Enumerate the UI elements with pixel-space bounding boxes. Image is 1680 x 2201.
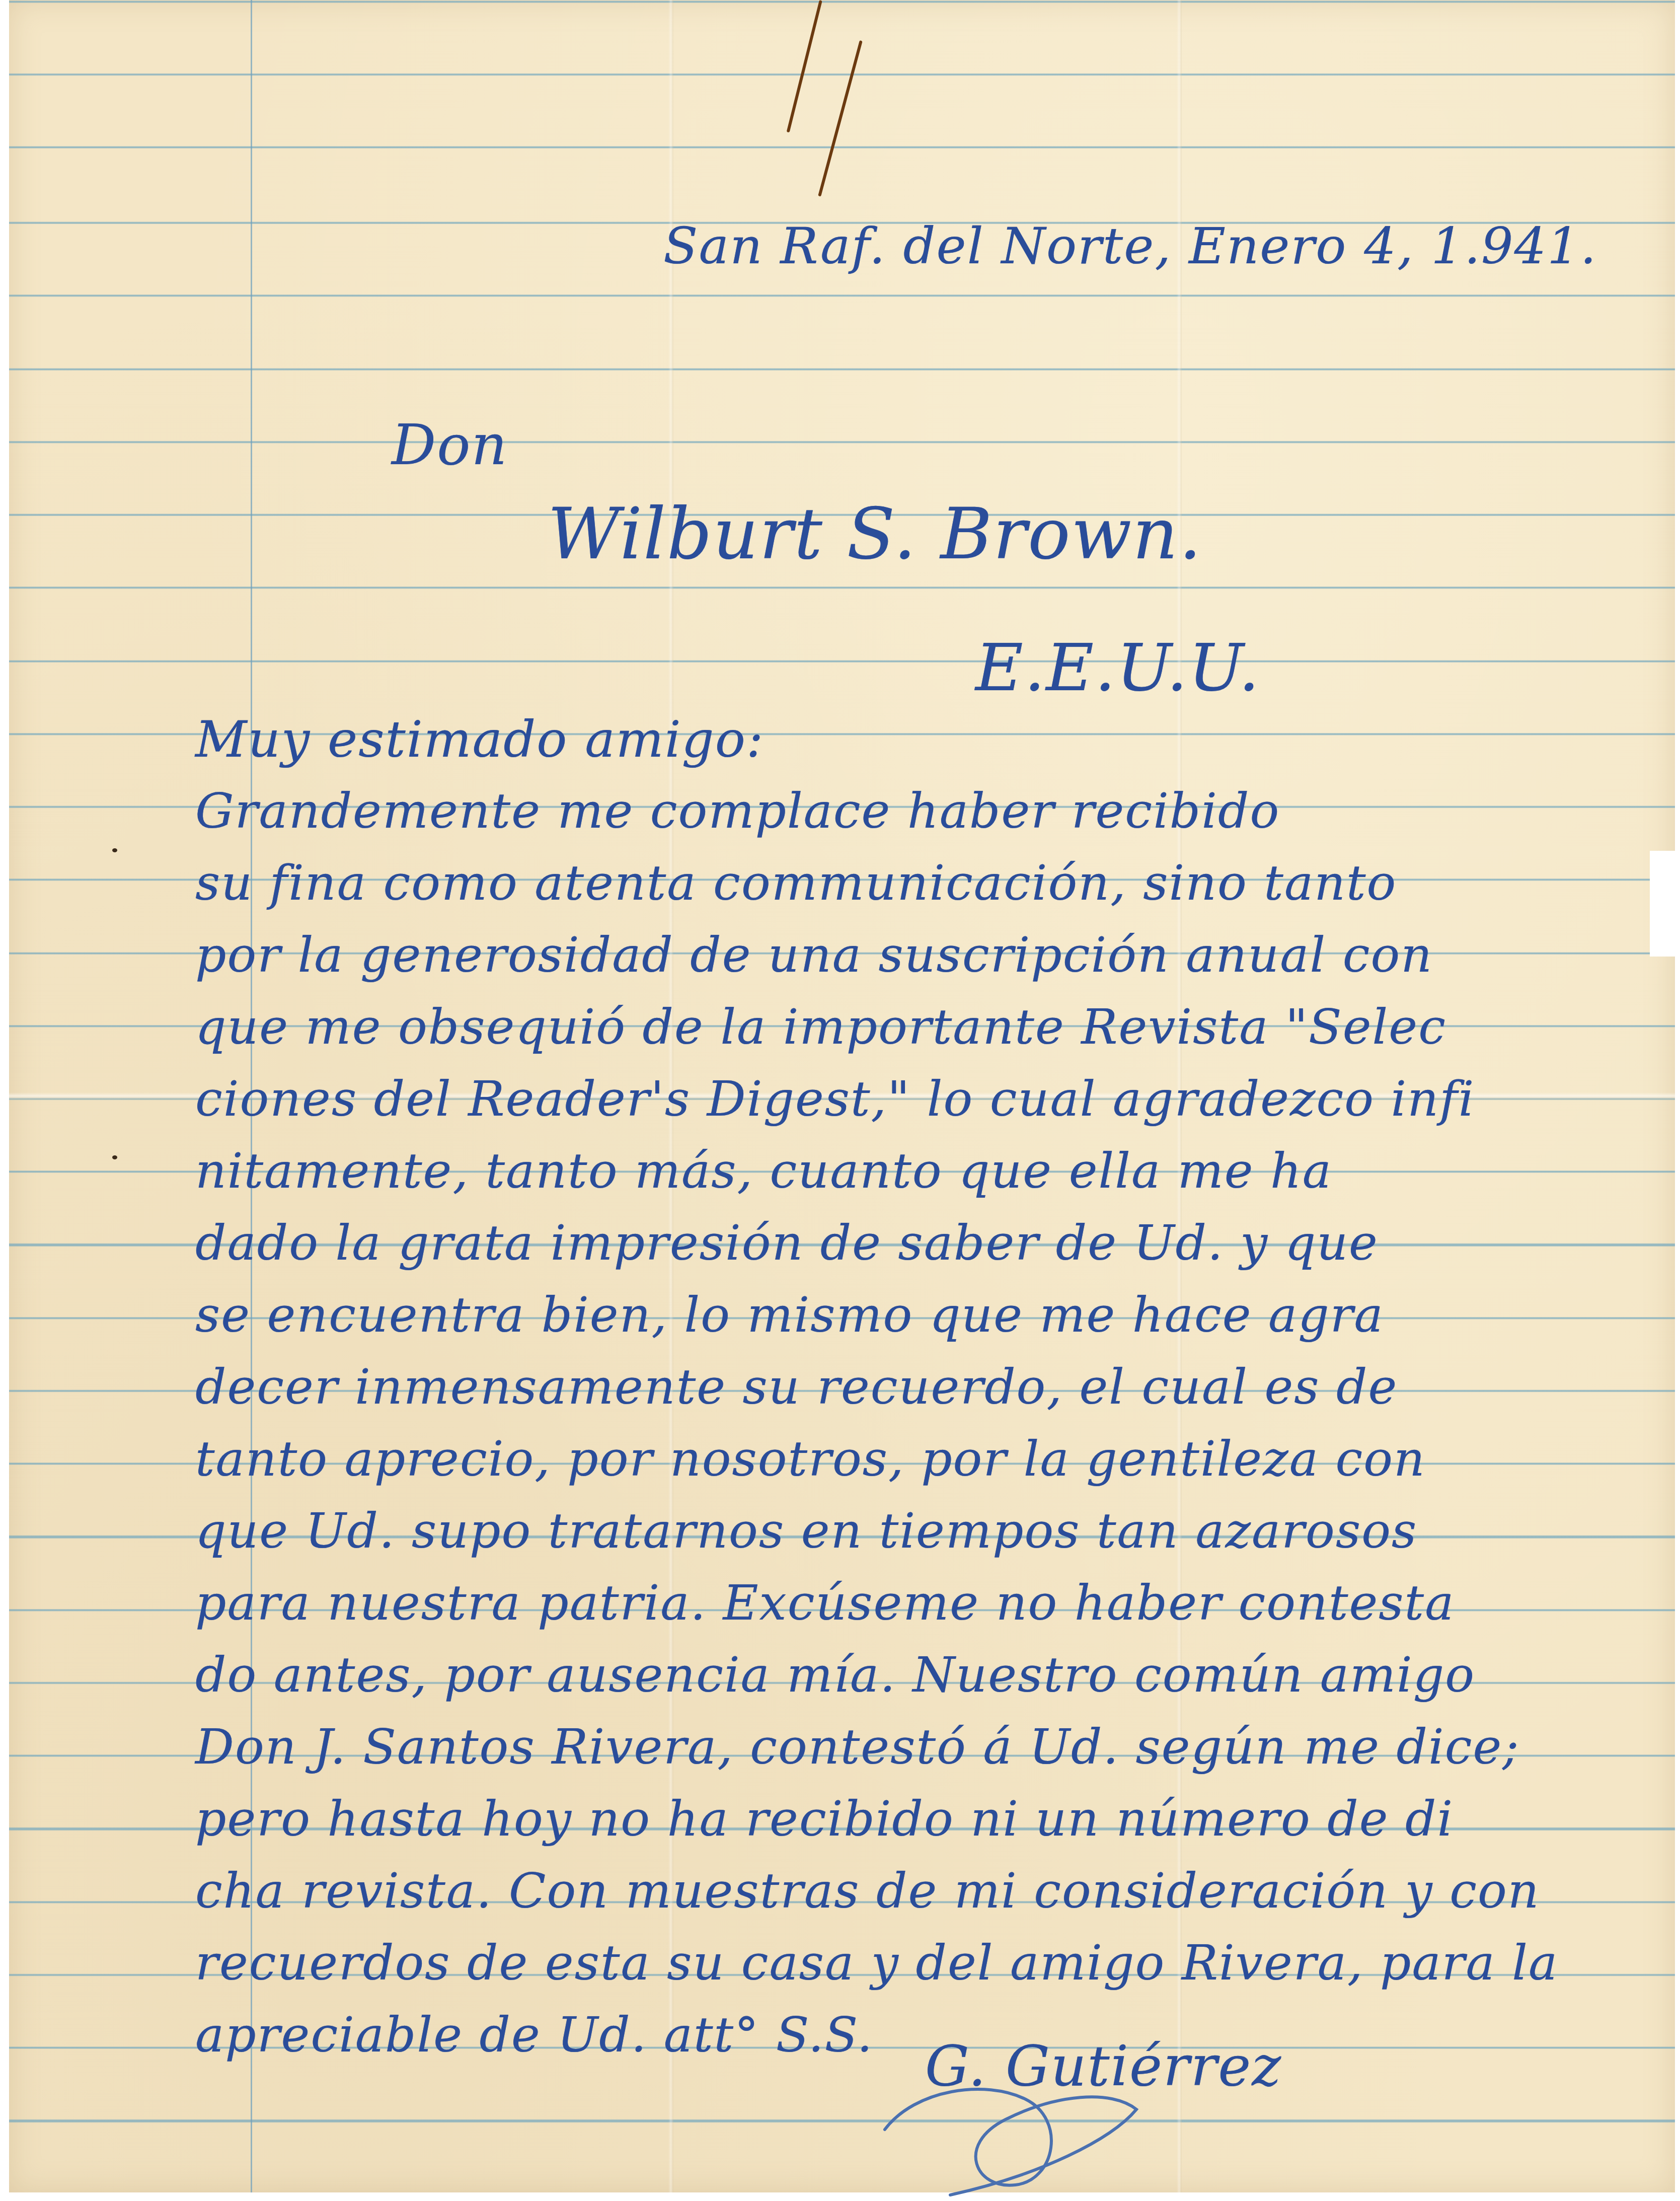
place-date: San Raf. del Norte, Enero 4, 1.941. bbox=[663, 216, 1597, 275]
body-line: se encuentra bien, lo mismo que me hace … bbox=[195, 1287, 1384, 1343]
body-line: cha revista. Con muestras de mi consider… bbox=[195, 1863, 1540, 1919]
body-line: que me obsequió de la importante Revista… bbox=[195, 999, 1446, 1055]
body-line: tanto aprecio, por nosotros, por la gent… bbox=[195, 1431, 1426, 1487]
body-line: Grandemente me complace haber recibido bbox=[195, 783, 1280, 839]
body-line: pero hasta hoy no ha recibido ni un núme… bbox=[195, 1791, 1454, 1847]
ink-dot bbox=[112, 848, 117, 852]
letter-paper: San Raf. del Norte, Enero 4, 1.941. Don … bbox=[9, 0, 1675, 2192]
body-line: ciones del Reader's Digest," lo cual agr… bbox=[195, 1071, 1475, 1127]
torn-edge bbox=[1650, 851, 1680, 957]
recipient-name: Wilburt S. Brown. bbox=[548, 493, 1202, 575]
body-line: Don J. Santos Rivera, contestó á Ud. seg… bbox=[195, 1719, 1520, 1775]
body-line: por la generosidad de una suscripción an… bbox=[195, 927, 1433, 983]
body-line: para nuestra patria. Excúseme no haber c… bbox=[195, 1575, 1455, 1631]
body-line: recuerdos de esta su casa y del amigo Ri… bbox=[195, 1935, 1558, 1991]
signature-flourish bbox=[875, 2069, 1157, 2200]
body-line: dado la grata impresión de saber de Ud. … bbox=[195, 1215, 1379, 1271]
honorific: Don bbox=[392, 413, 508, 477]
body-line: nitamente, tanto más, cuanto que ella me… bbox=[195, 1143, 1332, 1199]
body-line: decer inmensamente su recuerdo, el cual … bbox=[195, 1359, 1398, 1415]
body-line: do antes, por ausencia mía. Nuestro comú… bbox=[195, 1647, 1475, 1703]
body-line: que Ud. supo tratarnos en tiempos tan az… bbox=[195, 1503, 1417, 1559]
recipient-country: E.E.U.U. bbox=[975, 629, 1260, 706]
body-line: apreciable de Ud. att° S.S. bbox=[195, 2007, 873, 2063]
body-line: su fina como atenta communicación, sino … bbox=[195, 855, 1397, 911]
salutation: Muy estimado amigo: bbox=[195, 710, 765, 769]
ink-dot bbox=[112, 1155, 117, 1159]
